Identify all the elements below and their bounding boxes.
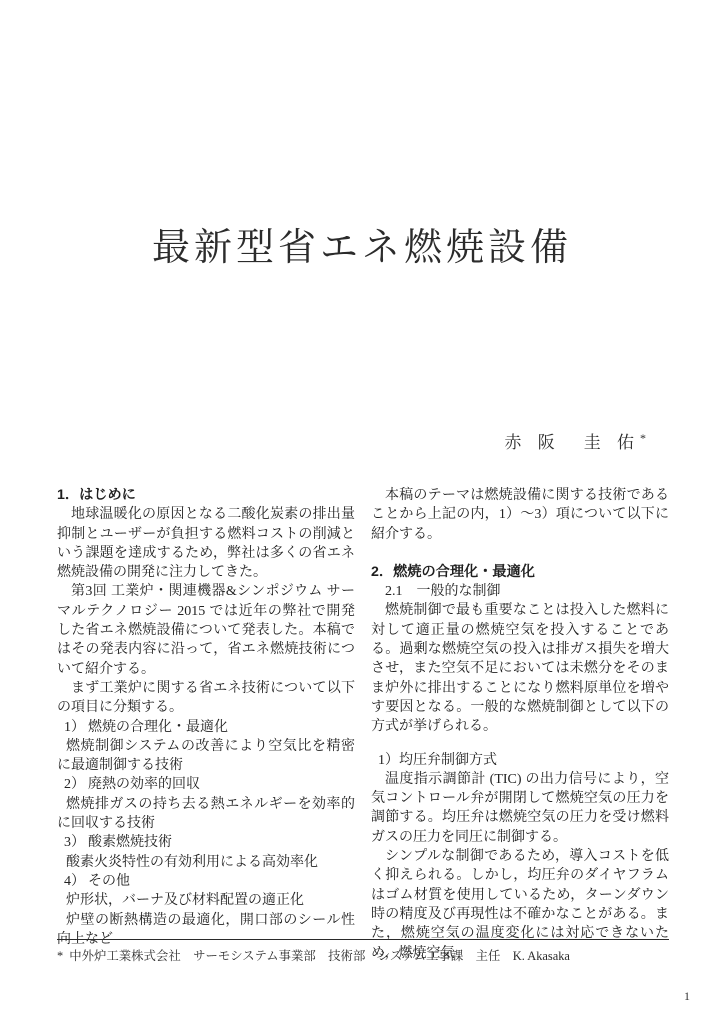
list-item: 3）酸素燃焼技術 酸素火炎特性の有効利用による高効率化: [57, 833, 355, 872]
list-item: 2）廃熱の効率的回収 燃焼排ガスの持ち去る熱エネルギーを効率的に回収する技術: [57, 775, 355, 833]
footnote: *中外炉工業株式会社 サーモシステム事業部 技術部 システム工事課 主任 K. …: [57, 946, 570, 964]
paragraph: 地球温暖化の原因となる二酸化炭素の排出量抑制とユーザーが負担する燃料コストの削減…: [57, 505, 355, 582]
list-item-heading: 3）酸素燃焼技術: [57, 833, 355, 852]
classification-list: 1）燃焼の合理化・最適化 燃焼制御システムの改善により空気比を精密に最適制御する…: [57, 718, 355, 950]
method-1-heading: 1）均圧弁制御方式: [371, 751, 669, 770]
article-title: 最新型省エネ燃焼設備: [0, 216, 724, 271]
paragraph: 第3回 工業炉・関連機器&シンポジウム サーマルテクノロジー 2015 では近年…: [57, 582, 355, 678]
list-item-heading: 4）その他: [57, 872, 355, 891]
list-item-title: 燃焼の合理化・最適化: [88, 720, 228, 735]
paragraph: 燃焼制御で最も重要なことは投入した燃料に対して適正量の燃焼空気を投入することであ…: [371, 601, 669, 736]
two-column-body: 1．はじめに 地球温暖化の原因となる二酸化炭素の排出量抑制とユーザーが負担する燃…: [57, 486, 669, 963]
list-item-number: 3）: [64, 835, 85, 850]
section-2-heading: 2．燃焼の合理化・最適化: [371, 563, 669, 582]
paragraph: 温度指示調節計 (TIC) の出力信号により，空気コントロール弁が開閉して燃焼空…: [371, 770, 669, 847]
list-item-title: 酸素燃焼技術: [88, 835, 172, 850]
paragraph: まず工業炉に関する省エネ技術について以下の項目に分類する。: [57, 679, 355, 718]
document-page: 最新型省エネ燃焼設備 赤 阪 圭 佑* 1．はじめに 地球温暖化の原因となる二酸…: [0, 0, 724, 1024]
list-item-description: 炉壁の断熱構造の最適化，開口部のシール性向上など: [57, 911, 355, 950]
list-item-number: 4）: [64, 874, 85, 889]
footnote-divider: [57, 939, 669, 940]
list-item-title: その他: [88, 874, 130, 889]
author-line: 赤 阪 圭 佑*: [505, 428, 647, 453]
section-1-heading: 1．はじめに: [57, 486, 355, 505]
list-item-description: 燃焼制御システムの改善により空気比を精密に最適制御する技術: [57, 737, 355, 776]
author-name: 赤 阪 圭 佑: [505, 433, 641, 452]
list-item-description: 燃焼排ガスの持ち去る熱エネルギーを効率的に回収する技術: [57, 795, 355, 834]
list-item-number: 2）: [64, 777, 85, 792]
list-item-title: 廃熱の効率的回収: [88, 777, 200, 792]
list-item-description: 炉形状，バーナ及び材料配置の適正化: [57, 891, 355, 910]
list-item-heading: 1）燃焼の合理化・最適化: [57, 718, 355, 737]
section-2-1-heading: 2.1 一般的な制御: [371, 582, 669, 601]
right-column: 本稿のテーマは燃焼設備に関する技術であることから上記の内，1）～3）項について以…: [371, 486, 669, 963]
left-column: 1．はじめに 地球温暖化の原因となる二酸化炭素の排出量抑制とユーザーが負担する燃…: [57, 486, 355, 963]
page-number: 1: [684, 989, 690, 1004]
footnote-mark: *: [57, 949, 63, 963]
vertical-spacer: [371, 737, 669, 751]
author-footnote-mark: *: [640, 431, 646, 445]
list-item-description: 酸素火炎特性の有効利用による高効率化: [57, 853, 355, 872]
vertical-spacer: [371, 544, 669, 563]
paragraph: 本稿のテーマは燃焼設備に関する技術であることから上記の内，1）～3）項について以…: [371, 486, 669, 544]
list-item-number: 1）: [64, 720, 85, 735]
footnote-text: 中外炉工業株式会社 サーモシステム事業部 技術部 システム工事課 主任 K. A…: [69, 949, 570, 963]
list-item-heading: 2）廃熱の効率的回収: [57, 775, 355, 794]
list-item: 4）その他 炉形状，バーナ及び材料配置の適正化 炉壁の断熱構造の最適化，開口部の…: [57, 872, 355, 949]
list-item: 1）燃焼の合理化・最適化 燃焼制御システムの改善により空気比を精密に最適制御する…: [57, 718, 355, 776]
